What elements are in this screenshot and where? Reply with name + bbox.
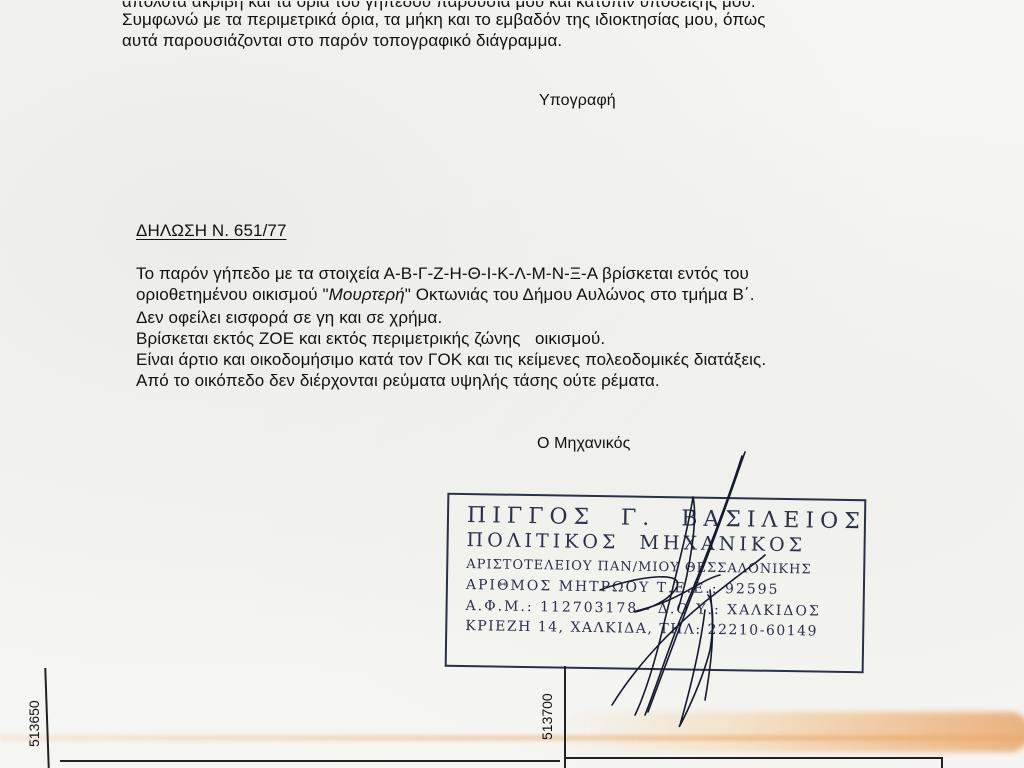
- settlement-name: Μουρτερή: [329, 285, 405, 304]
- frame-line-bottom-left: [60, 760, 560, 762]
- top-paragraph-line-2: Συμφωνώ με τα περιμετρικά όρια, τα μήκη …: [122, 10, 766, 30]
- stamp-university: ΑΡΙΣΤΟΤΕΛΕΙΟΥ ΠΑΝ/ΜΙΟΥ ΘΕΣΣΑΛΟΝΙΚΗΣ: [466, 557, 812, 577]
- engineer-label: Ο Μηχανικός: [537, 435, 630, 453]
- declaration-line-4: Βρίσκεται εκτός ΖΟΕ και εκτός περιμετρικ…: [136, 329, 605, 349]
- owner-signature-label: Υπογραφή: [539, 92, 616, 110]
- stamp-tax: Α.Φ.Μ.: 112703178 - Δ.Ο.Υ.: ΧΑΛΚΙΔΟΣ: [465, 598, 820, 620]
- top-paragraph-line-3: αυτά παρουσιάζονται στο παρόν τοπογραφικ…: [122, 31, 562, 51]
- frame-line-bottom-right: [564, 757, 942, 759]
- declaration-line-5: Είναι άρτιο και οικοδομήσιμο κατά τον ΓΟ…: [136, 350, 766, 370]
- declaration-title: ΔΗΛΩΣΗ Ν. 651/77: [136, 221, 287, 241]
- engineer-stamp: ΠΙΓΓΟΣ Γ. ΒΑΣΙΛΕΙΟΣ ΠΟΛΙΤΙΚΟΣ ΜΗΧΑΝΙΚΟΣ …: [445, 493, 867, 674]
- coordinate-label-right: 513700: [539, 693, 555, 740]
- declaration-line-1: Το παρόν γήπεδο με τα στοιχεία Α-Β-Γ-Ζ-Η…: [136, 264, 749, 284]
- paper-stain-edge: [0, 735, 1024, 741]
- declaration-line-3: Δεν οφείλει εισφορά σε γη και σε χρήμα.: [136, 308, 442, 328]
- paper-stain: [560, 712, 1024, 752]
- frame-line-corner: [941, 757, 943, 768]
- coordinate-label-left: 513650: [26, 700, 42, 747]
- stamp-address: ΚΡΙΕΖΗ 14, ΧΑΛΚΙΔΑ, ΤΗΛ: 22210-60149: [465, 618, 818, 640]
- stamp-registry: ΑΡΙΘΜΟΣ ΜΗΤΡΩΟΥ Τ.Ε.Ε.: 92595: [466, 577, 780, 598]
- declaration-line-2-after: " Οκτωνιάς του Δήμου Αυλώνος στο τμήμα Β…: [405, 285, 755, 304]
- stamp-title: ΠΟΛΙΤΙΚΟΣ ΜΗΧΑΝΙΚΟΣ: [466, 529, 806, 556]
- grid-line-right: [564, 666, 566, 768]
- declaration-line-2-before: οριοθετημένου οικισμού ": [136, 285, 329, 304]
- declaration-line-2: οριοθετημένου οικισμού "Μουρτερή" Οκτωνι…: [136, 285, 755, 305]
- declaration-line-6: Από το οικόπεδο δεν διέρχονται ρεύματα υ…: [136, 371, 660, 391]
